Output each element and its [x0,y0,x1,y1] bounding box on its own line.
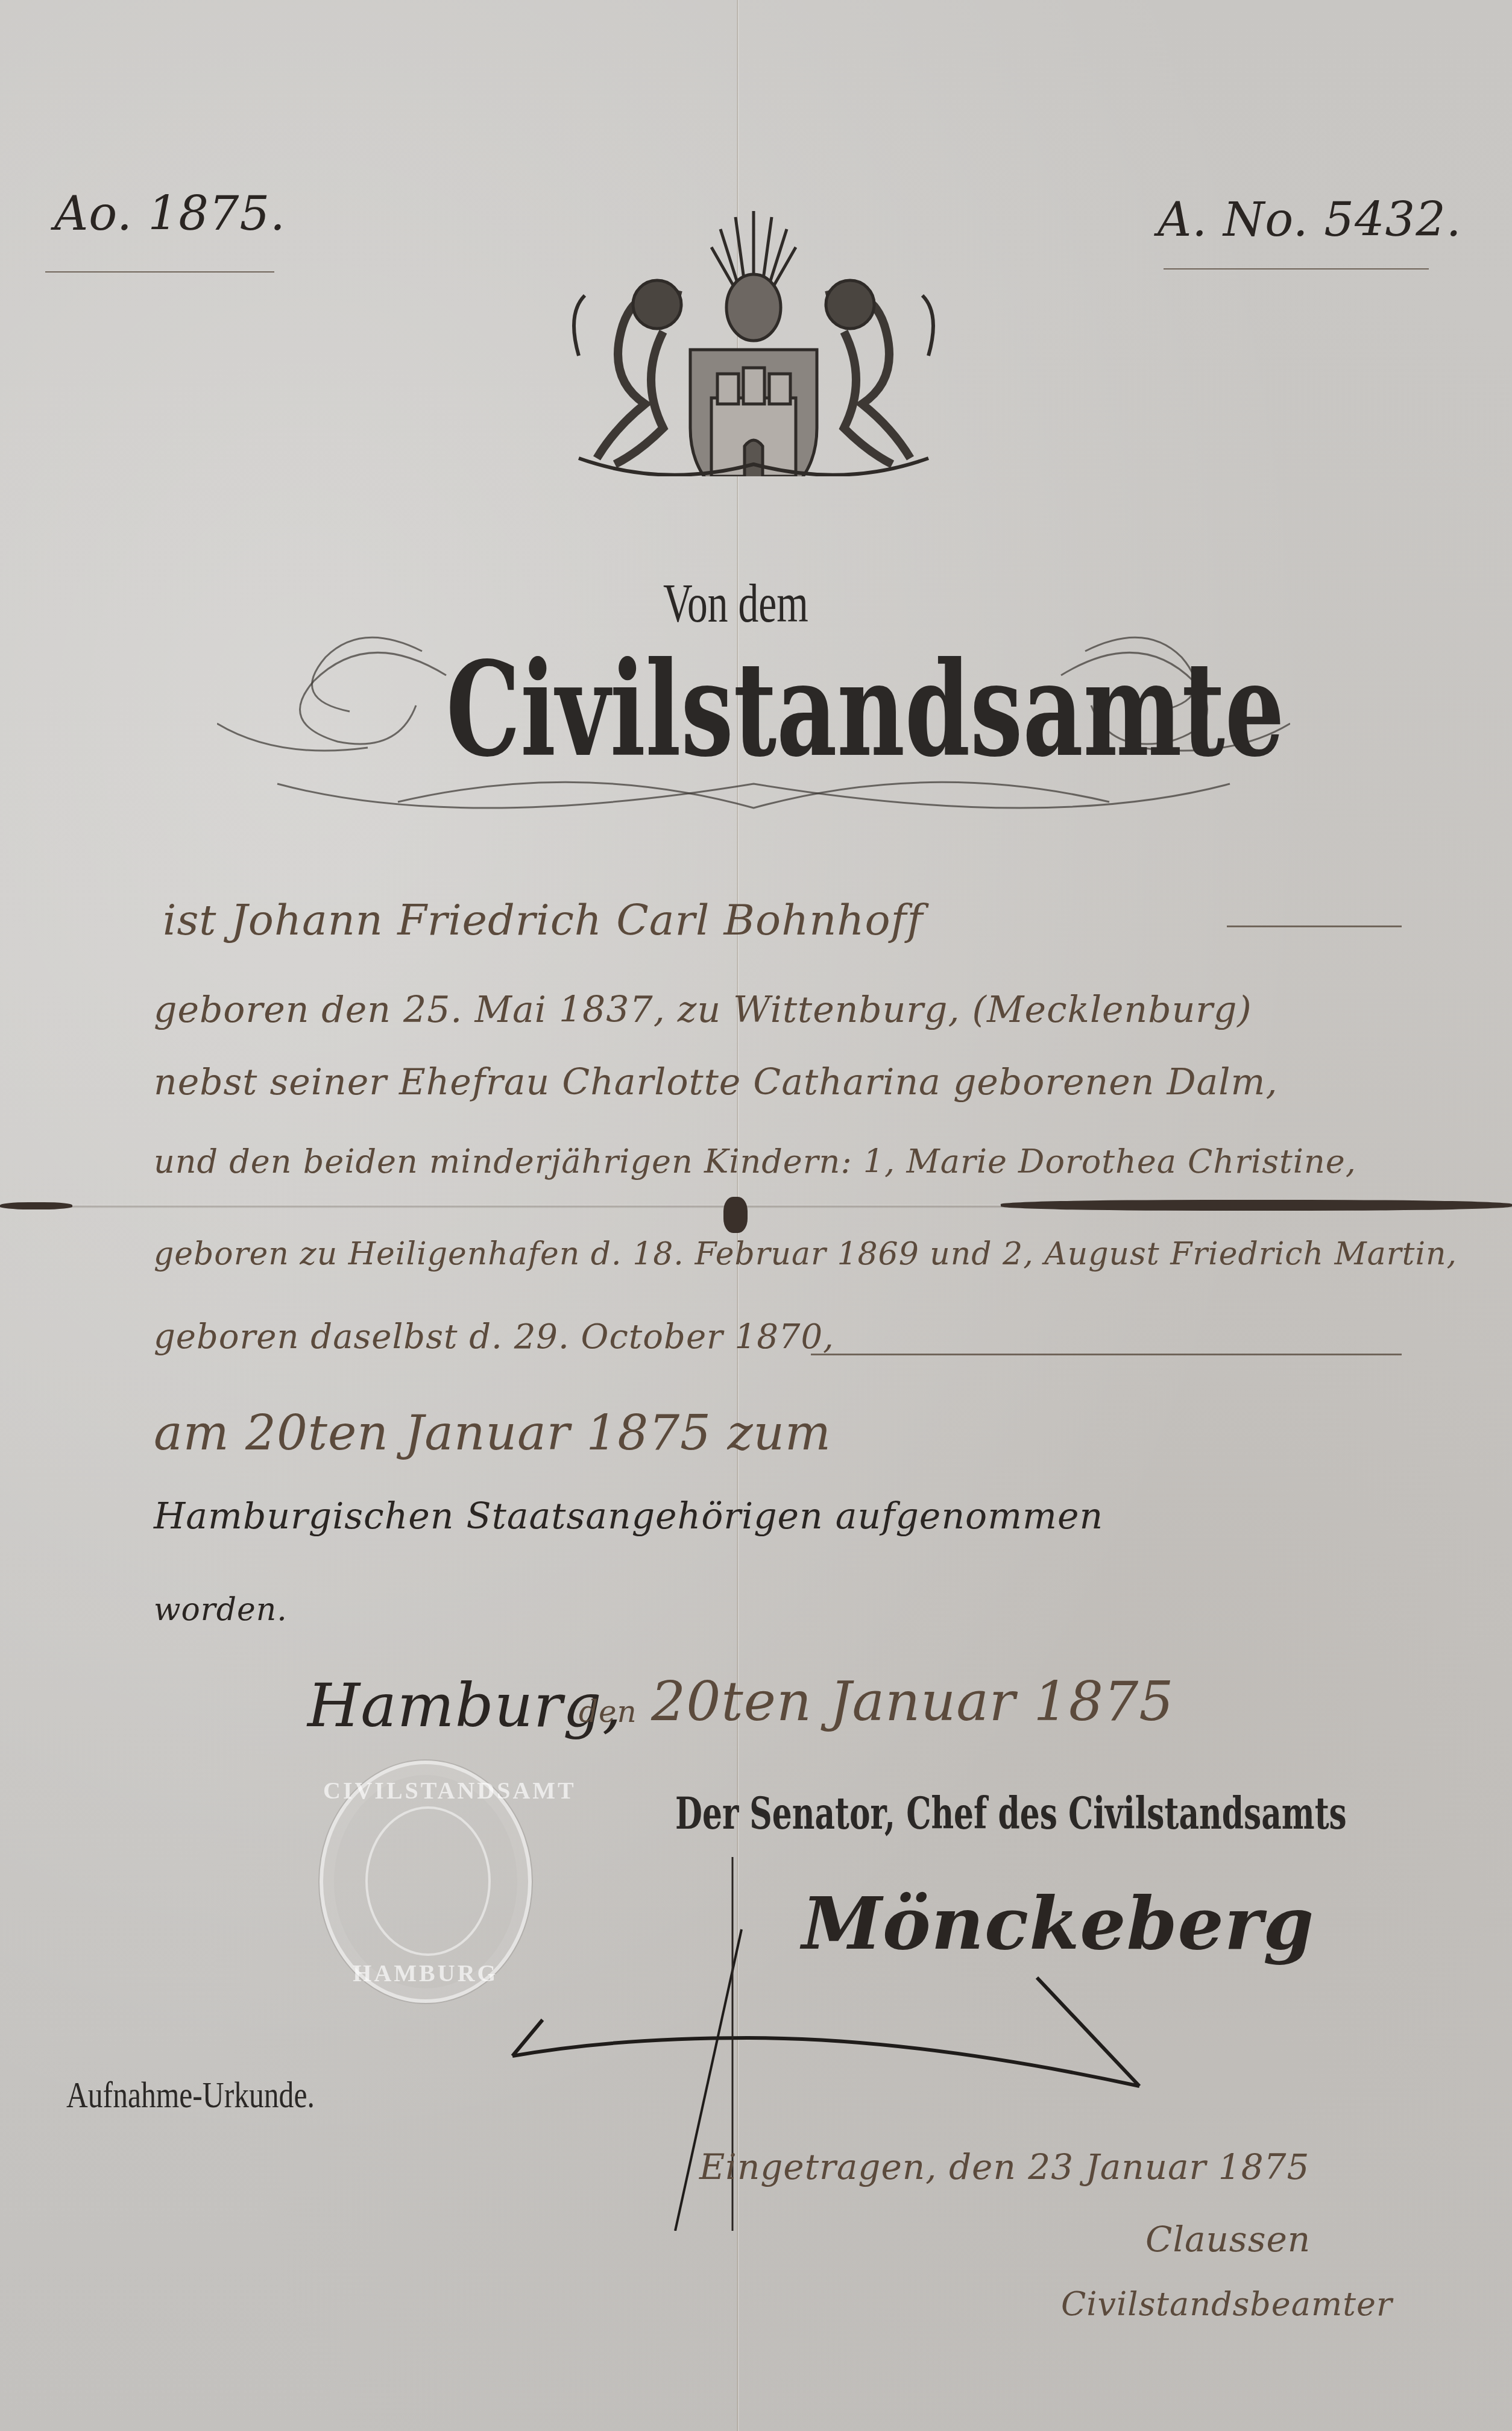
hamburg-coat-of-arms-icon [543,175,965,476]
seal-bottom-text: HAMBURG [323,1959,528,1987]
body-line-1: ist Johann Friedrich Carl Bohnhoff [163,895,923,945]
tear-right [1001,1200,1512,1211]
registration-line: Eingetragen, den 23 Januar 1875 [699,2146,1309,2187]
register-number: A. No. 5432. [1158,193,1462,247]
seal-top-text: CIVILSTANDSAMT [323,1776,528,1805]
year-marker: Ao. 1875. [54,187,286,241]
body-line-4: und den beiden minderjährigen Kindern: 1… [154,1143,1356,1181]
fill-line-6 [811,1354,1402,1355]
seal-castle-icon [365,1806,491,1956]
body-line-2: geboren den 25. Mai 1837, zu Wittenburg,… [154,989,1252,1031]
embossed-seal-icon: CIVILSTANDSAMT HAMBURG [320,1761,532,2003]
place-date-connector: den [579,1694,637,1729]
register-underline [1164,268,1429,270]
body-line-8: Hamburgischen Staatsangehörigen aufgenom… [154,1495,1103,1537]
place: Hamburg, [307,1670,622,1741]
tear-center [723,1197,748,1233]
registrar-title: Civilstandsbeamter [1061,2285,1393,2323]
body-line-6: geboren daselbst d. 29. October 1870, [154,1317,834,1357]
fill-line-1 [1227,925,1402,927]
footer-label: Aufnahme-Urkunde. [66,2074,315,2117]
body-line-7: am 20ten Januar 1875 zum [154,1405,831,1461]
year-underline [45,271,274,273]
body-line-5: geboren zu Heiligenhafen d. 18. Februar … [154,1236,1457,1272]
body-line-9: worden. [154,1592,288,1628]
issue-date: 20ten Januar 1875 [651,1670,1174,1733]
body-line-3: nebst seiner Ehefrau Charlotte Catharina… [154,1061,1277,1103]
heading-large: Civilstandsamte [446,633,1285,786]
signatory-title: Der Senator, Chef des Civilstandsamts [675,1788,1347,1839]
registrar-signature: Claussen [1145,2219,1311,2260]
tear-left [0,1202,72,1209]
